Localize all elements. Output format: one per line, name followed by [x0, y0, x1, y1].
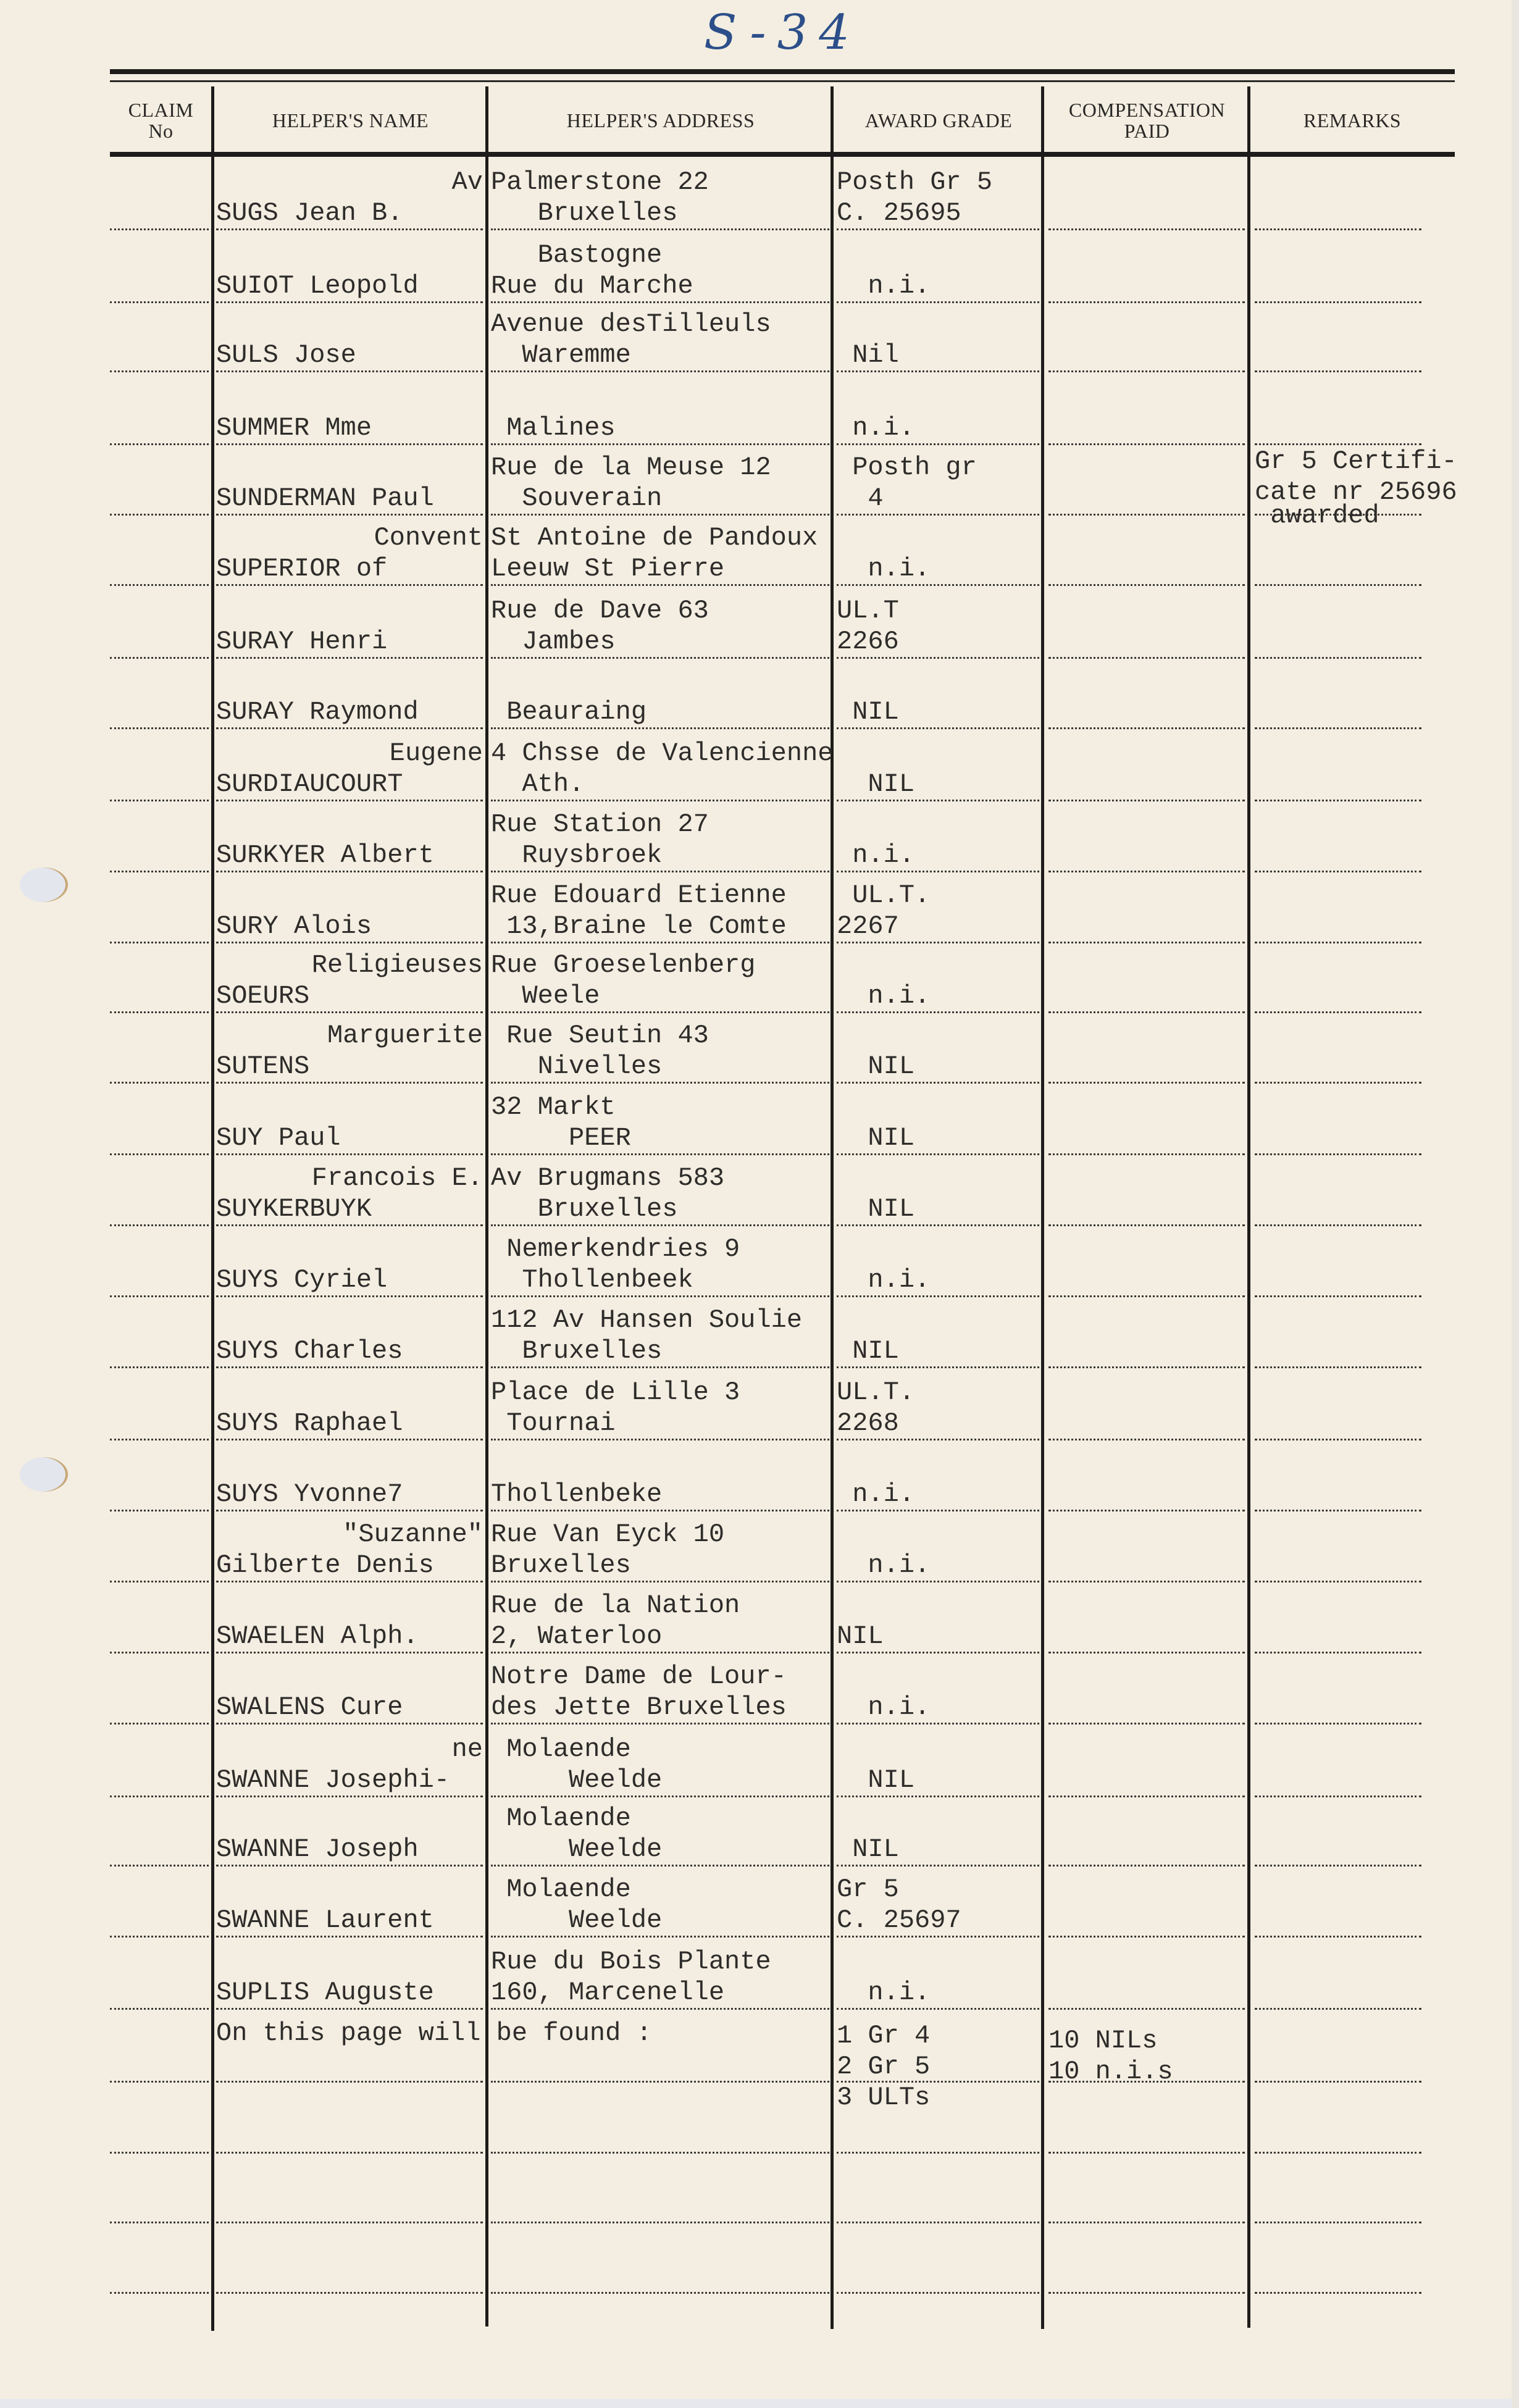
row-rule [1048, 370, 1245, 372]
row-rule [216, 1295, 483, 1297]
row-rule [216, 370, 483, 372]
row-rule [1255, 1224, 1421, 1226]
row-rule [837, 657, 1039, 659]
row-rule [110, 1366, 209, 1368]
award-grade-line2: 2267 [837, 911, 899, 942]
helper-address-line2: Ruysbroek [491, 840, 662, 871]
helper-address-line1: Av Brugmans 583 [491, 1163, 724, 1194]
helper-address-line2: Ath. [491, 769, 584, 800]
row-rule [110, 800, 209, 801]
row-rule [837, 800, 1039, 801]
helper-address-line1: Notre Dame de Lour- [491, 1661, 787, 1692]
row-rule [1048, 1796, 1245, 1797]
row-rule [491, 1439, 829, 1440]
row-rule [1048, 2008, 1245, 2010]
row-rule [1048, 228, 1245, 230]
row-rule [491, 584, 829, 586]
row-rule [110, 228, 209, 230]
row-rule [1255, 228, 1421, 230]
row-rule [837, 1510, 1039, 1511]
helper-address-line2: Malines [491, 412, 616, 443]
row-rule [110, 1510, 209, 1511]
row-rule [491, 1581, 829, 1582]
helper-address-line2: 160, Marcenelle [491, 1977, 724, 2008]
helper-address-line2: Bruxelles [491, 1194, 677, 1224]
helper-address-line1: Avenue desTilleuls [491, 309, 771, 340]
row-rule [1255, 1439, 1421, 1440]
row-rule [491, 871, 829, 872]
summary-label: On this page will be found : [216, 2018, 652, 2049]
row-rule [1255, 1581, 1421, 1582]
row-rule [1048, 1153, 1245, 1155]
row-rule [837, 443, 1039, 445]
helper-address-line1: Rue Van Eyck 10 [491, 1519, 724, 1550]
row-rule [837, 942, 1039, 943]
row-rule [491, 1510, 829, 1511]
row-rule [216, 514, 483, 516]
helper-address-line1: Rue de la Meuse 12 [491, 452, 771, 483]
row-rule [110, 1439, 209, 1440]
divider-comp-remarks [1247, 86, 1250, 2328]
helper-name-line1: Francois E. [216, 1163, 483, 1194]
award-grade-line2: 2266 [837, 626, 899, 657]
row-rule [491, 1153, 829, 1155]
helper-name-line1: "Suzanne" [216, 1519, 483, 1550]
award-grade-line1: UL.T [837, 595, 899, 626]
row-rule [837, 2152, 1039, 2154]
header-claim-no: CLAIM No [110, 86, 212, 154]
award-grade-line1: Gr 5 [837, 1874, 899, 1905]
helper-address-line2: Weelde [491, 1905, 662, 1936]
row-rule [1048, 1439, 1245, 1440]
header-helper-address: HELPER'S ADDRESS [488, 86, 834, 154]
award-grade-line2: n.i. [837, 840, 914, 871]
row-rule [1255, 1936, 1421, 1938]
summary-award-line: 2 Gr 5 [837, 2051, 930, 2082]
award-grade-line1: UL.T. [837, 1377, 914, 1408]
row-rule [1048, 1295, 1245, 1297]
scan-edge [1512, 0, 1519, 2408]
row-rule [216, 301, 483, 303]
row-rule [216, 1652, 483, 1653]
row-rule [1048, 443, 1245, 445]
row-rule [1048, 1723, 1245, 1724]
award-grade-line2: n.i. [837, 1479, 914, 1510]
row-rule [1048, 657, 1245, 659]
award-grade-line2: n.i. [837, 1692, 930, 1723]
helper-name-line1: Av [216, 167, 483, 198]
helper-address-line2: Bruxelles [491, 1550, 631, 1581]
helper-address-line1: 4 Chsse de Valencienne [491, 738, 834, 769]
row-rule [1255, 370, 1421, 372]
helper-address-line2: Jambes [491, 626, 616, 657]
divider-claim-name [211, 86, 214, 2331]
helper-name: SWANNE Laurent [216, 1905, 434, 1936]
header-helper-name: HELPER'S NAME [213, 86, 488, 154]
row-rule [110, 1865, 209, 1867]
row-rule [1048, 2292, 1245, 2294]
award-grade-line2: 4 [837, 483, 884, 514]
award-grade-line1: Posth Gr 5 [837, 167, 992, 198]
row-rule [491, 2008, 829, 2010]
helper-name-line1: Religieuses [216, 950, 483, 980]
award-grade-line2: NIL [837, 1051, 914, 1082]
award-grade-line2: n.i. [837, 1550, 930, 1581]
row-rule [110, 1153, 209, 1155]
row-rule [1048, 1510, 1245, 1511]
row-rule [1255, 1865, 1421, 1867]
helper-name: SURY Alois [216, 911, 372, 942]
helper-address-line1: Rue Edouard Etienne [491, 880, 787, 911]
row-rule [491, 2292, 829, 2294]
divider-address-award [831, 86, 834, 2329]
award-grade-line2: NIL [837, 1765, 914, 1796]
helper-name: SURKYER Albert [216, 840, 434, 871]
helper-address-line1: Molaende [491, 1803, 631, 1834]
row-rule [837, 2008, 1039, 2010]
row-rule [110, 871, 209, 872]
helper-name: SUYKERBUYK [216, 1194, 372, 1224]
row-rule [1255, 1153, 1421, 1155]
helper-address-line1: Bastogne [491, 240, 662, 270]
helper-name-line1: Convent [216, 522, 483, 553]
row-rule [110, 2008, 209, 2010]
award-grade-line1: Posth gr [837, 452, 977, 483]
row-rule [491, 1082, 829, 1084]
award-grade-line2: NIL [837, 1122, 914, 1153]
helper-address-line2: Souverain [491, 483, 662, 514]
punch-hole-top [20, 867, 68, 902]
helper-address-line2: Rue du Marche [491, 270, 693, 301]
row-rule [1048, 1366, 1245, 1368]
helper-address-line1: Molaende [491, 1874, 631, 1905]
row-rule [216, 1011, 483, 1013]
row-rule [216, 2222, 483, 2223]
row-rule [216, 1366, 483, 1368]
row-rule [1255, 443, 1421, 445]
helper-name: SUMMER Mme [216, 412, 372, 443]
helper-name-line1: ne [216, 1734, 483, 1765]
row-rule [491, 228, 829, 230]
helper-name: SUPLIS Auguste [216, 1977, 434, 2008]
row-rule [491, 1366, 829, 1368]
award-grade-line2: NIL [837, 1194, 914, 1224]
row-rule [1048, 942, 1245, 943]
row-rule [837, 871, 1039, 872]
row-rule [1048, 1652, 1245, 1653]
remarks-line3: awarded [1255, 500, 1379, 531]
row-rule [216, 1439, 483, 1440]
row-rule [1255, 1082, 1421, 1084]
row-rule [491, 443, 829, 445]
row-rule [837, 584, 1039, 586]
helper-address-line1: Rue Seutin 43 [491, 1020, 709, 1051]
row-rule [216, 1936, 483, 1938]
row-rule [1048, 1082, 1245, 1084]
header-rule-thin [110, 80, 1455, 82]
divider-award-comp [1041, 86, 1044, 2329]
helper-address-line1: Rue de Dave 63 [491, 595, 709, 626]
row-rule [216, 584, 483, 586]
row-rule [837, 1723, 1039, 1724]
row-rule [216, 1796, 483, 1797]
helper-name: SUY Paul [216, 1122, 341, 1153]
row-rule [110, 1936, 209, 1938]
row-rule [491, 1796, 829, 1797]
helper-address-line1: Rue Groeselenberg [491, 950, 755, 980]
row-rule [1048, 800, 1245, 801]
helper-name: SWAELEN Alph. [216, 1621, 419, 1652]
punch-hole-bottom [20, 1457, 68, 1492]
header-rule-top [110, 69, 1455, 74]
row-rule [216, 942, 483, 943]
divider-name-address [485, 86, 488, 2326]
summary-award-line: 3 ULTs [837, 2082, 930, 2113]
row-rule [1255, 2292, 1421, 2294]
row-rule [491, 301, 829, 303]
row-rule [110, 942, 209, 943]
helper-name: SURAY Henri [216, 626, 387, 657]
row-rule [491, 1224, 829, 1226]
row-rule [837, 1581, 1039, 1582]
row-rule [491, 1011, 829, 1013]
row-rule [1255, 2222, 1421, 2223]
award-grade-line2: Nil [837, 340, 899, 370]
helper-address-line1: Palmerstone 22 [491, 167, 709, 198]
row-rule [110, 2292, 209, 2294]
row-rule [837, 1652, 1039, 1653]
helper-name: SULS Jose [216, 340, 356, 370]
helper-name-line1: Marguerite [216, 1020, 483, 1051]
award-grade-line2: n.i. [837, 412, 914, 443]
row-rule [110, 1723, 209, 1724]
row-rule [1255, 1366, 1421, 1368]
helper-name: SOEURS [216, 980, 309, 1011]
row-rule [837, 2222, 1039, 2223]
helper-address-line2: Waremme [491, 340, 631, 370]
row-rule [837, 1865, 1039, 1867]
row-rule [837, 1153, 1039, 1155]
helper-address-line2: 2, Waterloo [491, 1621, 662, 1652]
helper-address-line2: Weelde [491, 1765, 662, 1796]
remarks-line1: Gr 5 Certifi- [1255, 446, 1457, 477]
header-compensation-paid: COMPENSATION PAID [1044, 86, 1250, 154]
award-grade-line2: NIL [837, 1834, 899, 1865]
row-rule [1048, 1936, 1245, 1938]
row-rule [110, 2081, 209, 2083]
row-rule [1048, 2152, 1245, 2154]
helper-address-line1: St Antoine de Pandoux [491, 522, 818, 553]
award-grade-line2: n.i. [837, 1977, 930, 2008]
row-rule [110, 1796, 209, 1797]
row-rule [110, 1011, 209, 1013]
helper-address-line2: Thollenbeek [491, 1265, 693, 1295]
row-rule [837, 727, 1039, 729]
award-grade-line2: n.i. [837, 553, 930, 584]
row-rule [1255, 1652, 1421, 1653]
row-rule [1255, 2152, 1421, 2154]
row-rule [216, 1581, 483, 1582]
summary-comp-line: 10 n.i.s [1048, 2056, 1173, 2087]
row-rule [216, 871, 483, 872]
row-rule [1048, 1581, 1245, 1582]
row-rule [1255, 1295, 1421, 1297]
award-grade-line2: C. 25695 [837, 198, 961, 228]
summary-award-line: 1 Gr 4 [837, 2020, 930, 2051]
row-rule [110, 2152, 209, 2154]
row-rule [491, 1865, 829, 1867]
row-rule [837, 301, 1039, 303]
award-grade-line2: C. 25697 [837, 1905, 961, 1936]
award-grade-line2: n.i. [837, 1265, 930, 1295]
row-rule [216, 1723, 483, 1724]
helper-address-line2: Weelde [491, 1834, 662, 1865]
row-rule [837, 1011, 1039, 1013]
row-rule [216, 2152, 483, 2154]
row-rule [110, 1082, 209, 1084]
row-rule [1048, 301, 1245, 303]
row-rule [1255, 1723, 1421, 1724]
helper-address-line2: Bruxelles [491, 198, 677, 228]
helper-name: SWANNE Josephi- [216, 1765, 450, 1796]
row-rule [491, 800, 829, 801]
row-rule [491, 370, 829, 372]
helper-address-line2: des Jette Bruxelles [491, 1692, 787, 1723]
row-rule [837, 514, 1039, 516]
row-rule [491, 1723, 829, 1724]
helper-address-line2: Bruxelles [491, 1336, 662, 1366]
helper-name: SUYS Yvonne7 [216, 1479, 403, 1510]
row-rule [110, 2222, 209, 2223]
row-rule [1255, 727, 1421, 729]
helper-name: SUPERIOR of [216, 553, 387, 584]
helper-name: Gilberte Denis [216, 1550, 434, 1581]
helper-name: SWANNE Joseph [216, 1834, 419, 1865]
row-rule [491, 1295, 829, 1297]
row-rule [216, 2008, 483, 2010]
award-grade-line2: n.i. [837, 270, 930, 301]
row-rule [1048, 514, 1245, 516]
row-rule [216, 443, 483, 445]
helper-address-line2: Leeuw St Pierre [491, 553, 724, 584]
row-rule [1255, 301, 1421, 303]
row-rule [837, 1796, 1039, 1797]
award-grade-line2: NIL [837, 696, 899, 727]
row-rule [837, 1936, 1039, 1938]
row-rule [1048, 2222, 1245, 2223]
row-rule [110, 1224, 209, 1226]
helper-address-line2: 13,Braine le Comte [491, 911, 787, 942]
row-rule [491, 514, 829, 516]
helper-address-line2: PEER [491, 1122, 631, 1153]
helper-address-line2: Weele [491, 980, 600, 1011]
row-rule [216, 228, 483, 230]
award-grade-line2: 2268 [837, 1408, 899, 1439]
row-rule [1255, 1011, 1421, 1013]
row-rule [110, 301, 209, 303]
row-rule [110, 1652, 209, 1653]
row-rule [837, 370, 1039, 372]
helper-name: SURDIAUCOURT [216, 769, 403, 800]
row-rule [491, 657, 829, 659]
helper-name: SUYS Raphael [216, 1408, 403, 1439]
row-rule [1255, 1796, 1421, 1797]
row-rule [837, 2292, 1039, 2294]
row-rule [491, 2152, 829, 2154]
award-grade-line1: UL.T. [837, 880, 930, 911]
summary-comp-line: 10 NILs [1048, 2025, 1157, 2056]
row-rule [1255, 942, 1421, 943]
row-rule [1255, 657, 1421, 659]
row-rule [216, 727, 483, 729]
row-rule [216, 2081, 483, 2083]
row-rule [216, 657, 483, 659]
row-rule [1255, 584, 1421, 586]
row-rule [216, 2292, 483, 2294]
helper-address-line1: Nemerkendries 9 [491, 1234, 740, 1265]
row-rule [110, 514, 209, 516]
row-rule [1048, 1865, 1245, 1867]
row-rule [110, 584, 209, 586]
row-rule [110, 1581, 209, 1582]
row-rule [491, 1652, 829, 1653]
row-rule [216, 1865, 483, 1867]
row-rule [1255, 871, 1421, 872]
row-rule [837, 1366, 1039, 1368]
row-rule [837, 228, 1039, 230]
header-award-grade: AWARD GRADE [834, 86, 1044, 154]
row-rule [216, 1224, 483, 1226]
helper-name: SURAY Raymond [216, 696, 419, 727]
row-rule [491, 2081, 829, 2083]
helper-address-line2: Thollenbeke [491, 1479, 662, 1510]
helper-name-line1: Eugene [216, 738, 483, 769]
helper-name: SUYS Charles [216, 1336, 403, 1366]
helper-address-line1: Rue Station 27 [491, 809, 709, 840]
helper-address-line2: Beauraing [491, 696, 647, 727]
helper-address-line1: Place de Lille 3 [491, 1377, 740, 1408]
helper-name: SUTENS [216, 1051, 309, 1082]
helper-address-line1: 32 Markt [491, 1092, 616, 1122]
row-rule [837, 1295, 1039, 1297]
award-grade-line2: NIL [837, 1336, 899, 1366]
helper-address-line1: 112 Av Hansen Soulie [491, 1305, 802, 1336]
helper-address-line1: Molaende [491, 1734, 631, 1765]
header-remarks: REMARKS [1250, 86, 1454, 154]
row-rule [491, 942, 829, 943]
helper-address-line2: Tournai [491, 1408, 616, 1439]
row-rule [110, 657, 209, 659]
row-rule [491, 727, 829, 729]
award-grade-line2: NIL [837, 769, 914, 800]
row-rule [1048, 727, 1245, 729]
helper-address-line1: Rue de la Nation [491, 1590, 740, 1621]
row-rule [110, 443, 209, 445]
row-rule [216, 1153, 483, 1155]
helper-address-line1: Rue du Bois Plante [491, 1946, 771, 1977]
row-rule [110, 1295, 209, 1297]
row-rule [491, 2222, 829, 2223]
row-rule [216, 1082, 483, 1084]
row-rule [1255, 800, 1421, 801]
row-rule [216, 800, 483, 801]
row-rule [110, 370, 209, 372]
row-rule [837, 1082, 1039, 1084]
helper-name: SUNDERMAN Paul [216, 483, 434, 514]
helper-name: SUIOT Leopold [216, 270, 419, 301]
row-rule [491, 1936, 829, 1938]
helper-name: SUYS Cyriel [216, 1265, 387, 1295]
